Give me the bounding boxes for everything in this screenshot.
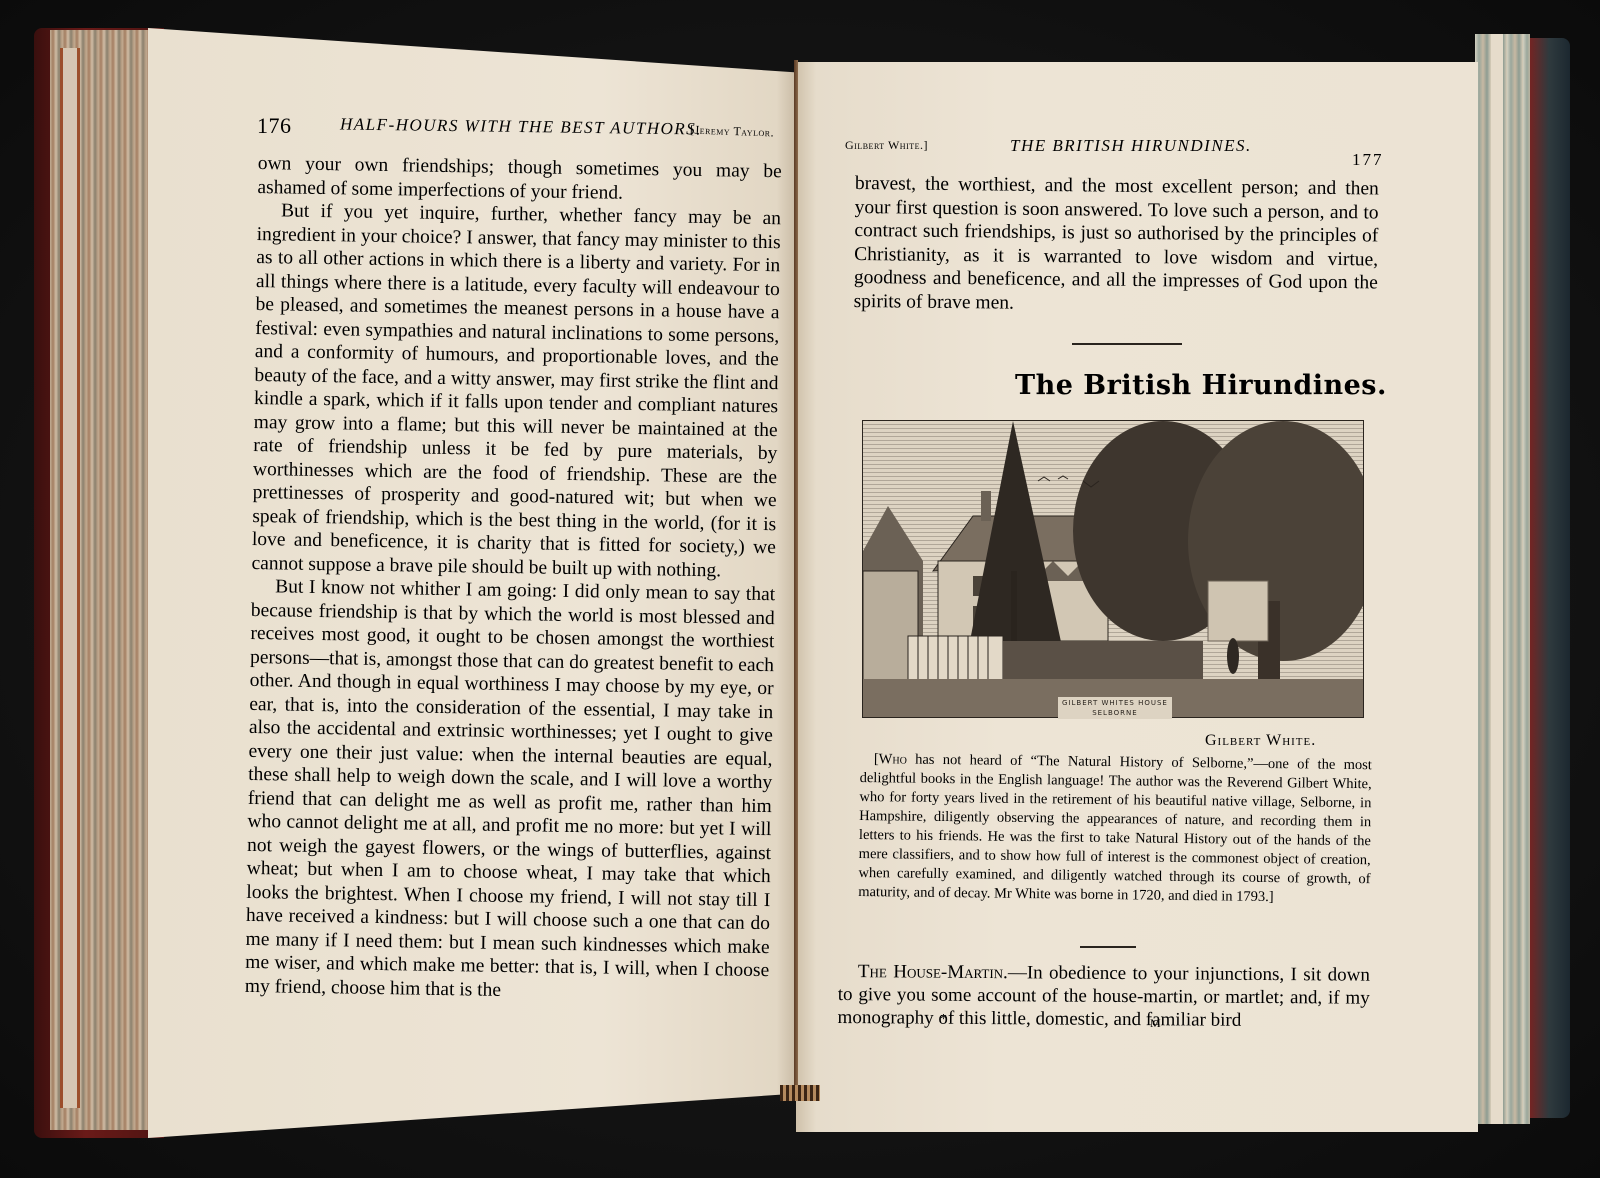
signature-mark: * xyxy=(940,1012,947,1028)
page-edges-left xyxy=(50,30,150,1130)
illustration-caption: GILBERT WHITES HOUSE SELBORNE xyxy=(1058,697,1172,719)
endpaper-edge xyxy=(60,48,80,1108)
signature-letter: M xyxy=(1150,1016,1161,1031)
author-introduction: [Who has not heard of “The Natural Histo… xyxy=(858,750,1372,908)
paragraph: But if you yet inquire, further, whether… xyxy=(251,199,781,583)
section-divider xyxy=(1080,946,1136,948)
page-edges-right xyxy=(1475,34,1530,1124)
book-gutter xyxy=(794,60,798,1090)
caption-line: GILBERT WHITES HOUSE xyxy=(1062,698,1168,708)
paragraph: bravest, the worthiest, and the most exc… xyxy=(854,172,1379,318)
intro-lead: [Who xyxy=(874,751,907,767)
page-number-right: 177 xyxy=(1352,150,1384,170)
section-title: The British Hirundines. xyxy=(1015,370,1387,401)
paragraph: But I know not whither I am going: I did… xyxy=(245,575,776,1006)
section-lead: The House-Martin. xyxy=(858,961,1008,983)
page-number-left: 176 xyxy=(257,113,292,139)
paragraph: own your own friendships; though sometim… xyxy=(257,152,782,207)
house-martin-section: The House-Martin.—In obedience to your i… xyxy=(838,960,1370,1033)
author-signature: Gilbert White. xyxy=(1205,732,1316,750)
running-title-right: THE BRITISH HIRUNDINES. xyxy=(1010,136,1252,156)
engraving-illustration xyxy=(862,420,1364,718)
intro-text: has not heard of “The Natural History of… xyxy=(858,752,1372,905)
headband xyxy=(780,1085,820,1101)
right-page-continuation: bravest, the worthiest, and the most exc… xyxy=(854,172,1379,318)
house-engraving-icon xyxy=(863,421,1363,717)
paragraph: The House-Martin.—In obedience to your i… xyxy=(838,960,1370,1033)
left-page-body: own your own friendships; though sometim… xyxy=(245,152,782,1006)
paragraph: [Who has not heard of “The Natural Histo… xyxy=(858,750,1372,908)
running-author-right: Gilbert White.] xyxy=(845,138,928,153)
running-author-left: [Jeremy Taylor. xyxy=(690,123,775,141)
section-divider xyxy=(1072,343,1182,345)
caption-line: SELBORNE xyxy=(1062,708,1168,718)
endpaper-edge xyxy=(1491,34,1503,1124)
